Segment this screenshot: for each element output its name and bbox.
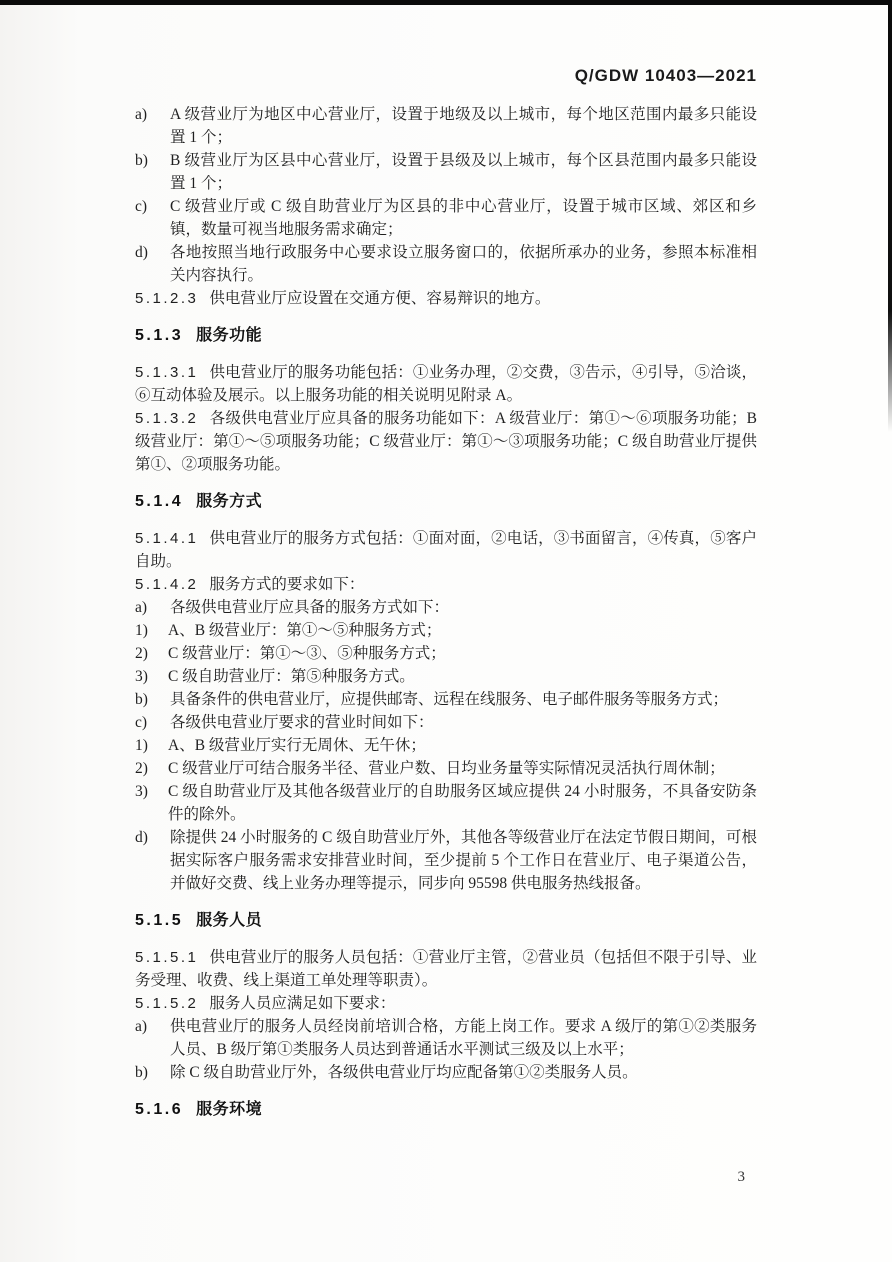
clause-5.1.3.2: 5.1.3.2各级供电营业厅应具备的服务功能如下：A 级营业厅：第①～⑥项服务功… xyxy=(135,407,757,476)
list-marker: d) xyxy=(135,826,170,895)
sub-list-text: C 级自助营业厅：第⑤种服务方式。 xyxy=(168,665,757,688)
heading-title: 服务方式 xyxy=(196,493,262,510)
sub-list-marker: 3) xyxy=(135,780,168,826)
document-page: Q/GDW 10403—2021 a) A 级营业厅为地区中心营业厅，设置于地级… xyxy=(0,0,892,1262)
heading-number: 5.1.5 xyxy=(135,912,183,929)
list-marker: a) xyxy=(135,596,170,619)
list-item-b: b) B 级营业厅为区县中心营业厅，设置于县级及以上城市，每个区县范围内最多只能… xyxy=(135,149,757,195)
sub-list-item-1: 1) A、B 级营业厅：第①～⑤种服务方式； xyxy=(135,619,757,642)
list-marker: b) xyxy=(135,149,170,195)
list-item-text: A 级营业厅为地区中心营业厅，设置于地级及以上城市，每个地区范围内最多只能设置 … xyxy=(170,103,757,149)
clause-number: 5.1.5.1 xyxy=(135,949,198,966)
list-item-text: 各级供电营业厅应具备的服务方式如下： xyxy=(170,596,757,619)
clause-text: 供电营业厅的服务人员包括：①营业厅主管，②营业员（包括但不限于引导、业务受理、收… xyxy=(135,949,757,989)
list-marker: c) xyxy=(135,195,170,241)
clause-text: 各级供电营业厅应具备的服务功能如下：A 级营业厅：第①～⑥项服务功能；B 级营业… xyxy=(135,410,757,473)
sub-list-marker: 1) xyxy=(135,734,168,757)
clause-text: 供电营业厅的服务方式包括：①面对面，②电话，③书面留言，④传真，⑤客户自助。 xyxy=(135,530,757,570)
list-marker: d) xyxy=(135,241,170,287)
document-number: Q/GDW 10403—2021 xyxy=(575,66,757,85)
clause-5.1.2.3: 5.1.2.3供电营业厅应设置在交通方便、容易辩识的地方。 xyxy=(135,287,757,310)
list-item-text: 除提供 24 小时服务的 C 级自助营业厅外，其他各等级营业厅在法定节假日期间，… xyxy=(170,826,757,895)
sub-list-marker: 3) xyxy=(135,665,168,688)
list-item-text: 各地按照当地行政服务中心要求设立服务窗口的，依据所承办的业务，参照本标准相关内容… xyxy=(170,241,757,287)
clause-5.1.3.1: 5.1.3.1供电营业厅的服务功能包括：①业务办理，②交费，③告示，④引导，⑤洽… xyxy=(135,361,757,407)
section-heading-5.1.3: 5.1.3服务功能 xyxy=(135,324,757,347)
scan-edge-top xyxy=(0,0,892,5)
clause-5.1.4.2: 5.1.4.2服务方式的要求如下： xyxy=(135,573,757,596)
running-header: Q/GDW 10403—2021 xyxy=(135,64,757,87)
heading-number: 5.1.4 xyxy=(135,493,183,510)
page-number: 3 xyxy=(135,1166,745,1189)
list-item-a: a) 供电营业厅的服务人员经岗前培训合格，方能上岗工作。要求 A 级厅的第①②类… xyxy=(135,1015,757,1061)
heading-number: 5.1.3 xyxy=(135,327,183,344)
sub-list-text: C 级营业厅可结合服务半径、营业户数、日均业务量等实际情况灵活执行周休制； xyxy=(168,757,757,780)
sub-list-item-2: 2) C 级营业厅可结合服务半径、营业户数、日均业务量等实际情况灵活执行周休制； xyxy=(135,757,757,780)
clause-number: 5.1.3.2 xyxy=(135,410,198,427)
heading-title: 服务环境 xyxy=(196,1101,262,1118)
clause-text: 供电营业厅的服务功能包括：①业务办理，②交费，③告示，④引导，⑤洽谈，⑥互动体验… xyxy=(135,364,757,404)
clause-number: 5.1.4.2 xyxy=(135,576,198,593)
list-item-a: a) A 级营业厅为地区中心营业厅，设置于地级及以上城市，每个地区范围内最多只能… xyxy=(135,103,757,149)
list-item-text: 除 C 级自助营业厅外，各级供电营业厅均应配备第①②类服务人员。 xyxy=(170,1061,757,1084)
clause-5.1.5.2: 5.1.5.2服务人员应满足如下要求： xyxy=(135,992,757,1015)
list-marker: c) xyxy=(135,711,170,734)
section-heading-5.1.6: 5.1.6服务环境 xyxy=(135,1098,757,1121)
list-item-text: 具备条件的供电营业厅，应提供邮寄、远程在线服务、电子邮件服务等服务方式； xyxy=(170,688,757,711)
list-marker: b) xyxy=(135,1061,170,1084)
sub-list-item-1: 1) A、B 级营业厅实行无周休、无午休； xyxy=(135,734,757,757)
clause-number: 5.1.2.3 xyxy=(135,290,198,307)
page-body: a) A 级营业厅为地区中心营业厅，设置于地级及以上城市，每个地区范围内最多只能… xyxy=(135,103,757,1135)
list-item-d: d) 除提供 24 小时服务的 C 级自助营业厅外，其他各等级营业厅在法定节假日… xyxy=(135,826,757,895)
section-heading-5.1.5: 5.1.5服务人员 xyxy=(135,909,757,932)
heading-title: 服务人员 xyxy=(196,912,262,929)
section-heading-5.1.4: 5.1.4服务方式 xyxy=(135,490,757,513)
list-item-a: a) 各级供电营业厅应具备的服务方式如下： xyxy=(135,596,757,619)
sub-list-item-3: 3) C 级自助营业厅：第⑤种服务方式。 xyxy=(135,665,757,688)
list-marker: b) xyxy=(135,688,170,711)
list-item-text: C 级营业厅或 C 级自助营业厅为区县的非中心营业厅，设置于城市区域、郊区和乡镇… xyxy=(170,195,757,241)
clause-text: 服务人员应满足如下要求： xyxy=(209,995,395,1012)
sub-list-marker: 2) xyxy=(135,642,168,665)
clause-text: 供电营业厅应设置在交通方便、容易辩识的地方。 xyxy=(209,290,550,307)
heading-number: 5.1.6 xyxy=(135,1101,183,1118)
heading-title: 服务功能 xyxy=(196,327,262,344)
clause-5.1.5.1: 5.1.5.1供电营业厅的服务人员包括：①营业厅主管，②营业员（包括但不限于引导… xyxy=(135,946,757,992)
scan-edge-right xyxy=(888,0,892,432)
list-marker: a) xyxy=(135,1015,170,1061)
list-item-d: d) 各地按照当地行政服务中心要求设立服务窗口的，依据所承办的业务，参照本标准相… xyxy=(135,241,757,287)
clause-number: 5.1.5.2 xyxy=(135,995,198,1012)
clause-text: 服务方式的要求如下： xyxy=(209,576,364,593)
sub-list-marker: 1) xyxy=(135,619,168,642)
list-item-b: b) 具备条件的供电营业厅，应提供邮寄、远程在线服务、电子邮件服务等服务方式； xyxy=(135,688,757,711)
list-item-text: B 级营业厅为区县中心营业厅，设置于县级及以上城市，每个区县范围内最多只能设置 … xyxy=(170,149,757,195)
sub-list-marker: 2) xyxy=(135,757,168,780)
sub-list-text: C 级自助营业厅及其他各级营业厅的自助服务区域应提供 24 小时服务，不具备安防… xyxy=(168,780,757,826)
list-item-b: b) 除 C 级自助营业厅外，各级供电营业厅均应配备第①②类服务人员。 xyxy=(135,1061,757,1084)
sub-list-text: A、B 级营业厅：第①～⑤种服务方式； xyxy=(168,619,757,642)
clause-number: 5.1.4.1 xyxy=(135,530,198,547)
list-item-text: 供电营业厅的服务人员经岗前培训合格，方能上岗工作。要求 A 级厅的第①②类服务人… xyxy=(170,1015,757,1061)
clause-5.1.4.1: 5.1.4.1供电营业厅的服务方式包括：①面对面，②电话，③书面留言，④传真，⑤… xyxy=(135,527,757,573)
sub-list-text: A、B 级营业厅实行无周休、无午休； xyxy=(168,734,757,757)
sub-list-item-3: 3) C 级自助营业厅及其他各级营业厅的自助服务区域应提供 24 小时服务，不具… xyxy=(135,780,757,826)
list-item-c: c) 各级供电营业厅要求的营业时间如下： xyxy=(135,711,757,734)
list-item-text: 各级供电营业厅要求的营业时间如下： xyxy=(170,711,757,734)
clause-number: 5.1.3.1 xyxy=(135,364,198,381)
sub-list-text: C 级营业厅：第①～③、⑤种服务方式； xyxy=(168,642,757,665)
list-marker: a) xyxy=(135,103,170,149)
sub-list-item-2: 2) C 级营业厅：第①～③、⑤种服务方式； xyxy=(135,642,757,665)
list-item-c: c) C 级营业厅或 C 级自助营业厅为区县的非中心营业厅，设置于城市区域、郊区… xyxy=(135,195,757,241)
